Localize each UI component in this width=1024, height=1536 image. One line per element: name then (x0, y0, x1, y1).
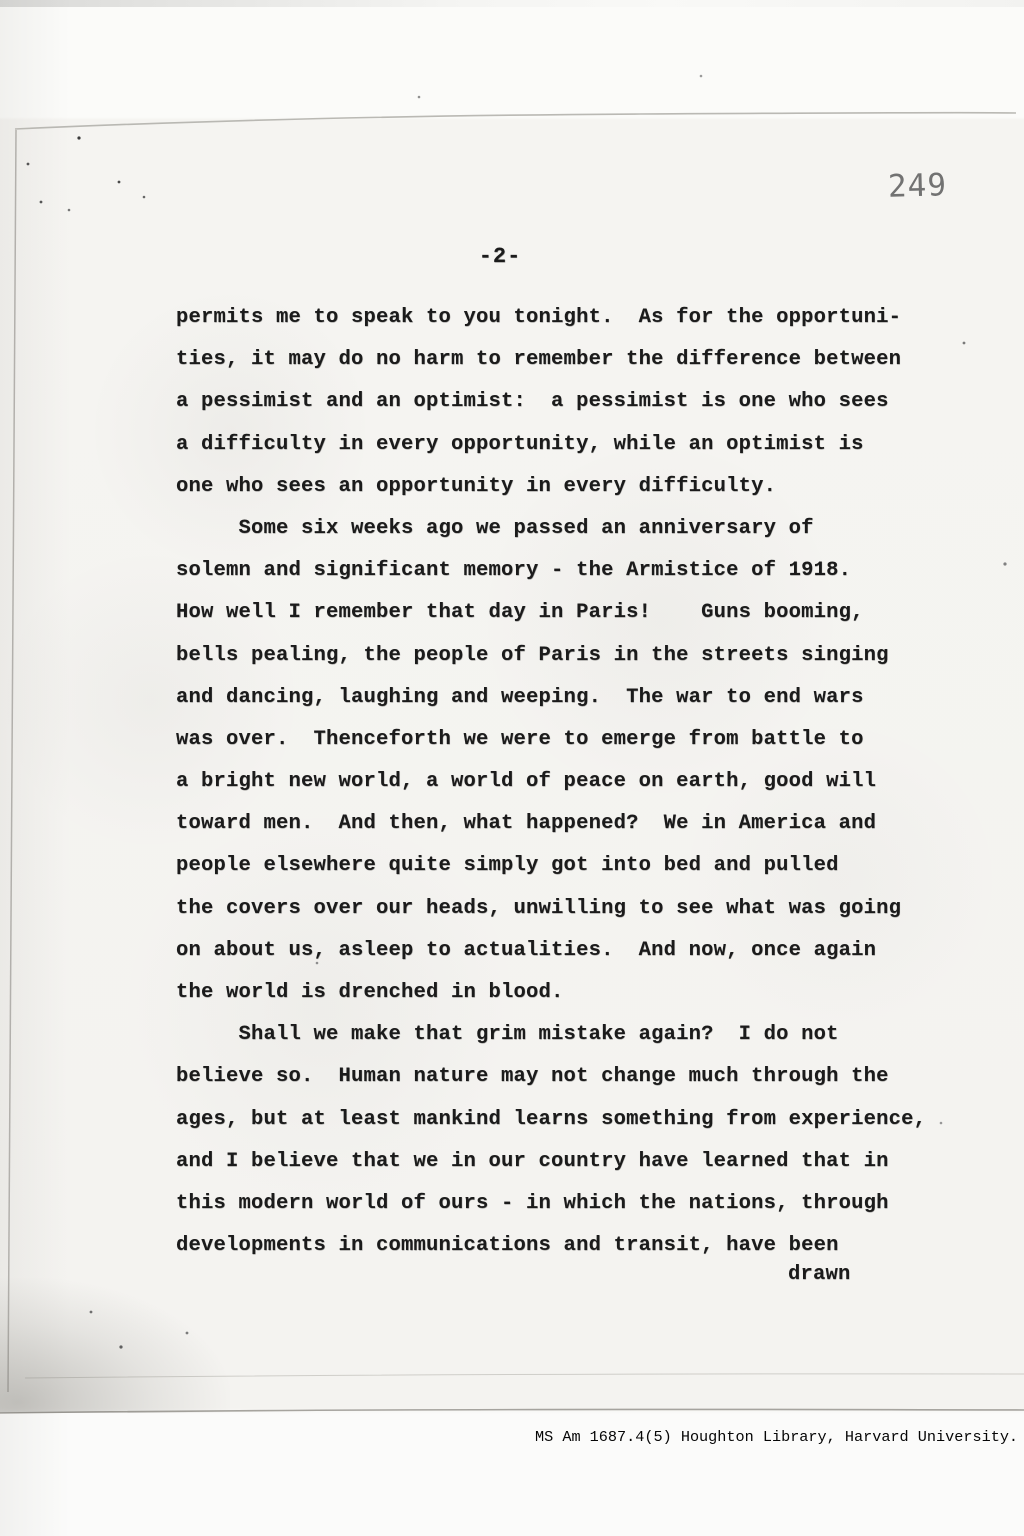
text-line: this modern world of ours - in which the… (176, 1183, 926, 1225)
text-line: on about us, asleep to actualities. And … (176, 930, 926, 972)
text-line: Some six weeks ago we passed an annivers… (176, 508, 926, 550)
text-line: Shall we make that grim mistake again? I… (176, 1014, 926, 1056)
text-line: a difficulty in every opportunity, while… (176, 424, 926, 466)
folio-number: 249 (888, 167, 948, 205)
corner-smudge (0, 1278, 230, 1413)
text-line: solemn and significant memory - the Armi… (176, 550, 926, 592)
text-line: ties, it may do no harm to remember the … (176, 339, 926, 381)
page-number: -2- (455, 244, 545, 269)
library-caption: MS Am 1687.4(5) Houghton Library, Harvar… (535, 1428, 1018, 1446)
typewritten-body: permits me to speak to you tonight. As f… (176, 297, 926, 1267)
text-line: the world is drenched in blood. (176, 972, 926, 1014)
catchword: drawn (788, 1258, 851, 1292)
text-line: one who sees an opportunity in every dif… (176, 466, 926, 508)
text-line: and dancing, laughing and weeping. The w… (176, 677, 926, 719)
text-line: permits me to speak to you tonight. As f… (176, 297, 926, 339)
text-line: was over. Thenceforth we were to emerge … (176, 719, 926, 761)
text-line: bells pealing, the people of Paris in th… (176, 635, 926, 677)
ink-specks (0, 0, 2, 2)
text-line: people elsewhere quite simply got into b… (176, 845, 926, 887)
text-line: a bright new world, a world of peace on … (176, 761, 926, 803)
text-line: a pessimist and an optimist: a pessimist… (176, 381, 926, 423)
paper-edge-left (8, 130, 16, 1392)
paper-crease-top (15, 113, 1016, 129)
text-line: believe so. Human nature may not change … (176, 1056, 926, 1098)
text-line: and I believe that we in our country hav… (176, 1141, 926, 1183)
text-line: How well I remember that day in Paris! G… (176, 592, 926, 634)
text-line: the covers over our heads, unwilling to … (176, 888, 926, 930)
text-line: toward men. And then, what happened? We … (176, 803, 926, 845)
text-line: ages, but at least mankind learns someth… (176, 1099, 926, 1141)
scanned-page: 249 -2- permits me to speak to you tonig… (0, 0, 1024, 1536)
